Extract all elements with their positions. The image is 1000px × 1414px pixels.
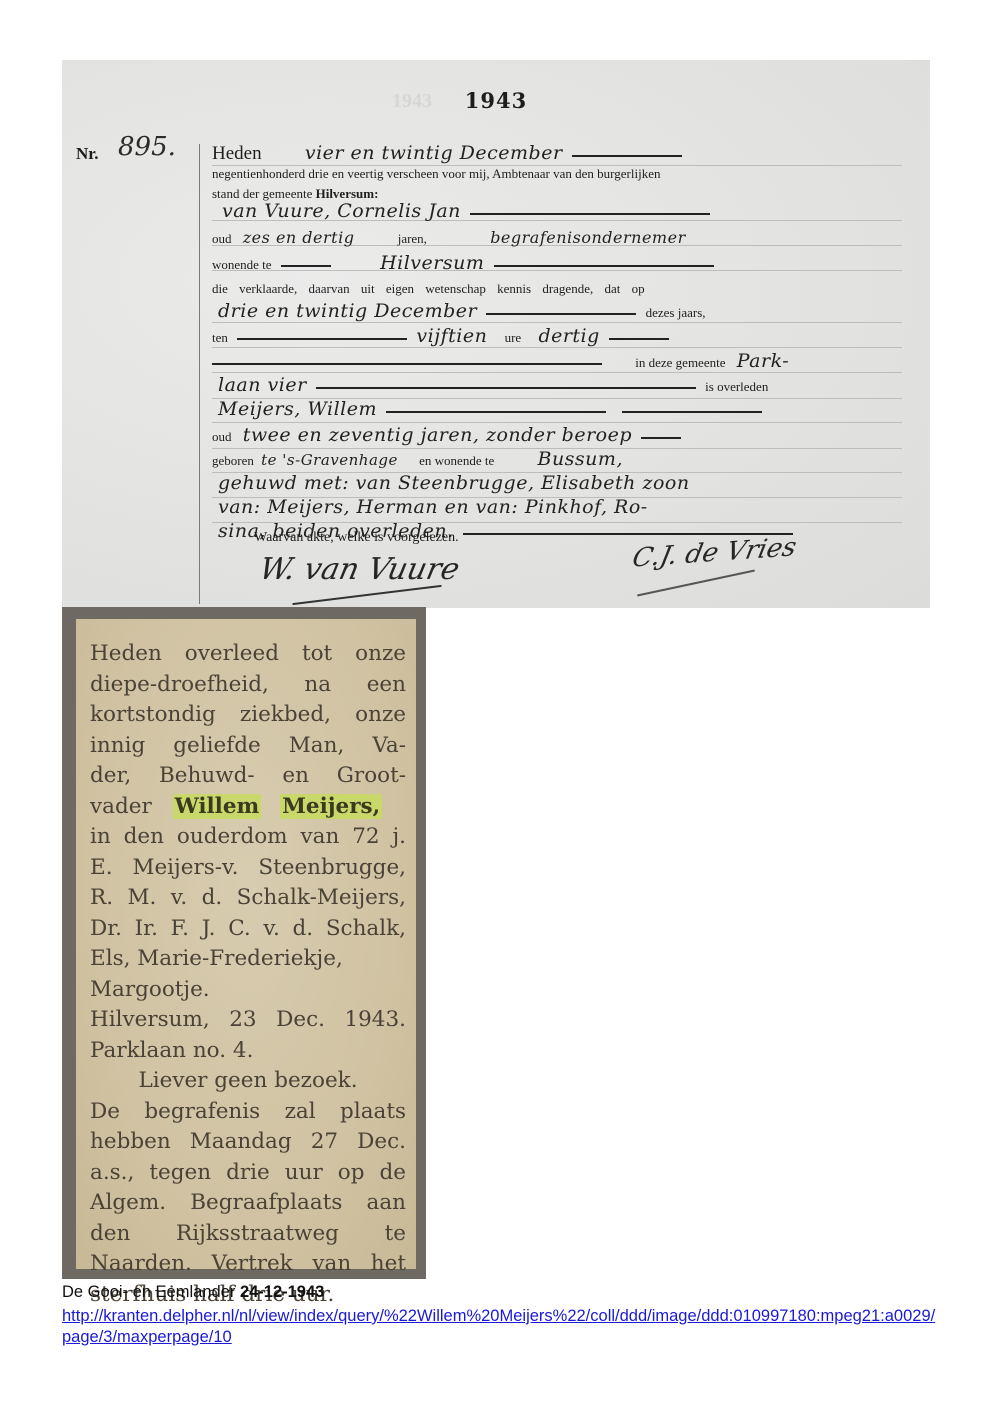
record-line-spouse: gehuwd met: van Steenbrugge, Elisabeth z… [212,472,902,496]
signature-underline [292,585,441,605]
funeral-line: den Rijksstraatweg te [90,1219,406,1250]
declarant-name: van Vuure, Cornelis Jan [222,200,461,222]
label-is-overleden: is overleden [705,379,768,394]
deceased-birthplace: te 's-Gravenhage [261,451,398,469]
funeral-line: Algem. Begraafplaats aan [90,1188,406,1219]
highlighted-last-name: Meijers, [280,794,382,819]
record-line-address: laan vier is overleden [212,374,902,398]
obituary-line: diepe-droefheid, na een [90,670,406,701]
newspaper-date: 24-12-1943 [240,1283,324,1301]
record-line-deceased: Meijers, Willem [212,398,902,422]
delpher-link[interactable]: http://kranten.delpher.nl/nl/view/index/… [62,1306,942,1348]
record-line-age: oud zes en dertig jaren, begrafenisonder… [212,228,902,252]
funeral-line: a.s., tegen drie uur op de [90,1158,406,1189]
family-member: R. M. v. d. Schalk-Meijers, [90,883,406,914]
declarant-occupation: begrafenisondernemer [490,228,686,247]
deceased-parents: van: Meijers, Herman en van: Pinkhof, Ro… [218,496,648,518]
signature-underline [637,570,755,597]
family-member: Dr. Ir. F. J. C. v. d. Schalk, [90,914,406,945]
death-house-number: laan vier [218,374,307,396]
record-line-death-date: drie en twintig December dezes jaars, [212,300,902,324]
printed-text: die verklaarde, daarvan uit eigen wetens… [212,281,645,296]
newspaper-clipping: Heden overleed tot onze diepe-droefheid,… [62,607,426,1279]
deceased-spouse: gehuwd met: van Steenbrugge, Elisabeth z… [218,472,690,494]
record-line-declarant: van Vuure, Cornelis Jan [212,200,902,224]
funeral-line: De begrafenis zal plaats [90,1097,406,1128]
obituary-age: in den ouderdom van 72 j. [90,822,406,853]
declarant-age: zes en dertig [243,228,355,247]
label-en-wonende-te: en wonende te [419,453,494,468]
obituary-line: der, Behuwd- en Groot- [90,761,406,792]
obituary-name-line: vader Willem Meijers, [90,792,406,823]
obituary-line: Heden overleed tot onze [90,639,406,670]
label-oud: oud [212,429,232,444]
deceased-residence: Bussum, [537,448,623,470]
label-jaren: jaren, [398,231,427,246]
obituary-line: kortstondig ziekbed, onze [90,700,406,731]
deceased-name: Meijers, Willem [218,398,377,420]
printed-text: negentienhonderd drie en veertig versche… [212,166,660,181]
record-line-date: Heden vier en twintig December [212,142,902,166]
family-member: Els, Marie-Frederiekje, [90,944,406,975]
no-visit-notice: Liever geen bezoek. [90,1066,406,1097]
declarant-residence: Hilversum [380,252,484,274]
funeral-line: Naarden. Vertrek van het [90,1249,406,1280]
record-line-deceased-age: oud twee en zeventig jaren, zonder beroe… [212,424,902,448]
death-date: drie en twintig December [218,300,477,322]
label-ten: ten [212,330,228,345]
address: Parklaan no. 4. [90,1036,406,1067]
handwritten-date: vier en twintig December [305,142,563,164]
record-line-parents: van: Meijers, Herman en van: Pinkhof, Ro… [212,496,902,520]
death-minutes: dertig [538,325,599,347]
newspaper-name: De Gooi- en Eemlander [62,1283,240,1301]
municipality: Hilversum: [316,186,379,201]
record-year: 1943 [62,88,930,113]
label-geboren: geboren [212,453,254,468]
signature-declarant: W. van Vuure [256,552,462,587]
label-heden: Heden [212,143,262,164]
label-dezes-jaars: dezes jaars, [646,305,706,320]
label-oud: oud [212,231,232,246]
deceased-age-occupation: twee en zeventig jaren, zonder beroep [243,424,632,446]
closing-statement: Waarvan akte, welke is voorgelezen. [254,530,459,546]
record-line-residence: wonende te Hilversum [212,252,902,276]
death-hour: vijftien [416,325,487,347]
place-date: Hilversum, 23 Dec. 1943. [90,1005,406,1036]
label-wonende: wonende te [212,257,272,272]
record-number-value: 895. [118,132,176,162]
record-line-birthplace: geboren te 's-Gravenhage en wonende te B… [212,448,902,472]
record-line-place: in deze gemeente Park- [212,350,902,374]
source-caption: De Gooi- en Eemlander 24-12-1943 [62,1283,324,1302]
name-prefix: vader [90,794,152,819]
margin-rule [199,144,200,604]
highlighted-first-name: Willem [173,794,262,819]
death-street: Park- [737,350,789,372]
family-member: E. Meijers-v. Steenbrugge, [90,853,406,884]
record-number-label: Nr. [76,144,99,164]
label-in-deze-gemeente: in deze gemeente [635,355,725,370]
obituary-text: Heden overleed tot onze diepe-droefheid,… [76,619,416,1269]
family-member: Margootje. [90,975,406,1006]
obituary-line: innig geliefde Man, Va- [90,731,406,762]
printed-text: stand der gemeente [212,186,312,201]
death-record-scan: 1943 1943 Nr. 895. Heden vier en twintig… [62,60,930,608]
label-ure: ure [505,330,522,345]
funeral-line: hebben Maandag 27 Dec. [90,1127,406,1158]
record-line-time: ten vijftien ure dertig [212,325,902,349]
